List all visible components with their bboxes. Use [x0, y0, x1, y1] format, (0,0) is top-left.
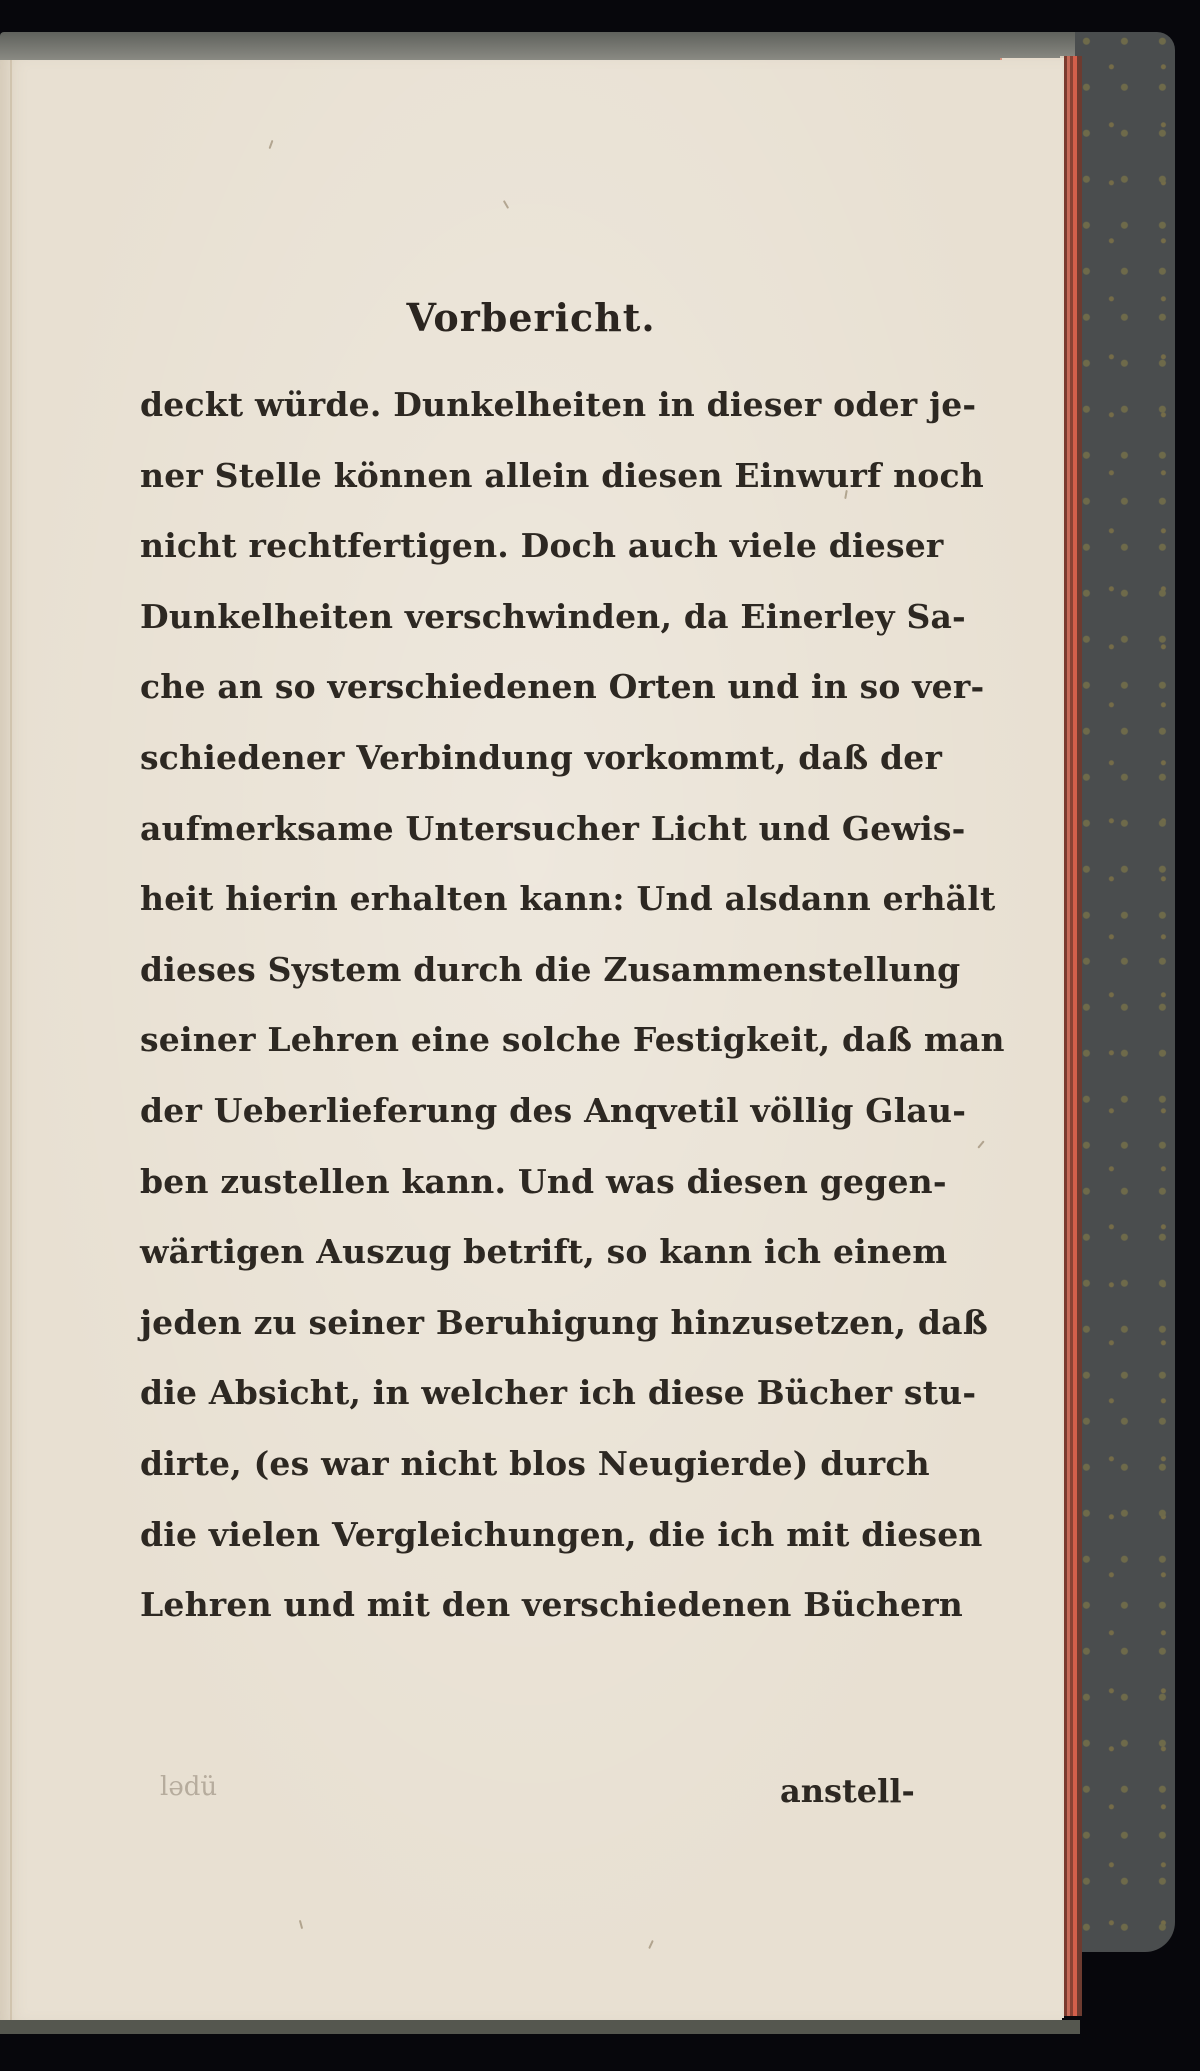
text-line: Dunkelheiten verschwinden, da Einerley S…: [140, 582, 900, 653]
bleed-through-text: lədü: [160, 1772, 217, 1802]
text-line: seiner Lehren eine solche Festigkeit, da…: [140, 1005, 900, 1076]
paper-fleck: [503, 200, 509, 209]
paper-fleck: [977, 1140, 984, 1148]
text-line: die Absicht, in welcher ich diese Bücher…: [140, 1358, 900, 1429]
running-head: Vorbericht.: [0, 295, 1062, 340]
text-line: dirte, (es war nicht blos Neugierde) dur…: [140, 1429, 900, 1500]
text-line: dieses System durch die Zusammenstellung: [140, 935, 900, 1006]
scanned-page-image: Vorbericht. deckt würde. Dunkelheiten in…: [0, 0, 1200, 2071]
text-line: aufmerksame Untersucher Licht und Gewis-: [140, 794, 900, 865]
paper-fleck: [299, 1920, 303, 1929]
book-cover-bottom-edge: [0, 2020, 1080, 2034]
text-line: heit hierin erhalten kann: Und alsdann e…: [140, 864, 900, 935]
book-cover-top-edge: [0, 32, 1130, 62]
book-cover-board: [1075, 32, 1175, 1952]
text-line: jeden zu seiner Beruhigung hinzusetzen, …: [140, 1288, 900, 1359]
paper-fleck: [269, 140, 274, 149]
text-line: deckt würde. Dunkelheiten in dieser oder…: [140, 370, 900, 441]
text-line: ben zustellen kann. Und was diesen gegen…: [140, 1147, 900, 1218]
text-line: che an so verschiedenen Orten und in so …: [140, 652, 900, 723]
text-line: ner Stelle können allein diesen Einwurf …: [140, 441, 900, 512]
body-text: deckt würde. Dunkelheiten in dieser oder…: [140, 370, 900, 1641]
text-line: Lehren und mit den verschiedenen Büchern: [140, 1570, 900, 1641]
text-line: der Ueberlieferung des Anqvetil völlig G…: [140, 1076, 900, 1147]
text-line: schiedener Verbindung vorkommt, daß der: [140, 723, 900, 794]
text-line: nicht rechtfertigen. Doch auch viele die…: [140, 511, 900, 582]
catchword: anstell-: [780, 1772, 915, 1810]
paper-fleck: [648, 1940, 654, 1949]
text-line: die vielen Vergleichungen, die ich mit d…: [140, 1500, 900, 1571]
text-line: wärtigen Auszug betrift, so kann ich ein…: [140, 1217, 900, 1288]
